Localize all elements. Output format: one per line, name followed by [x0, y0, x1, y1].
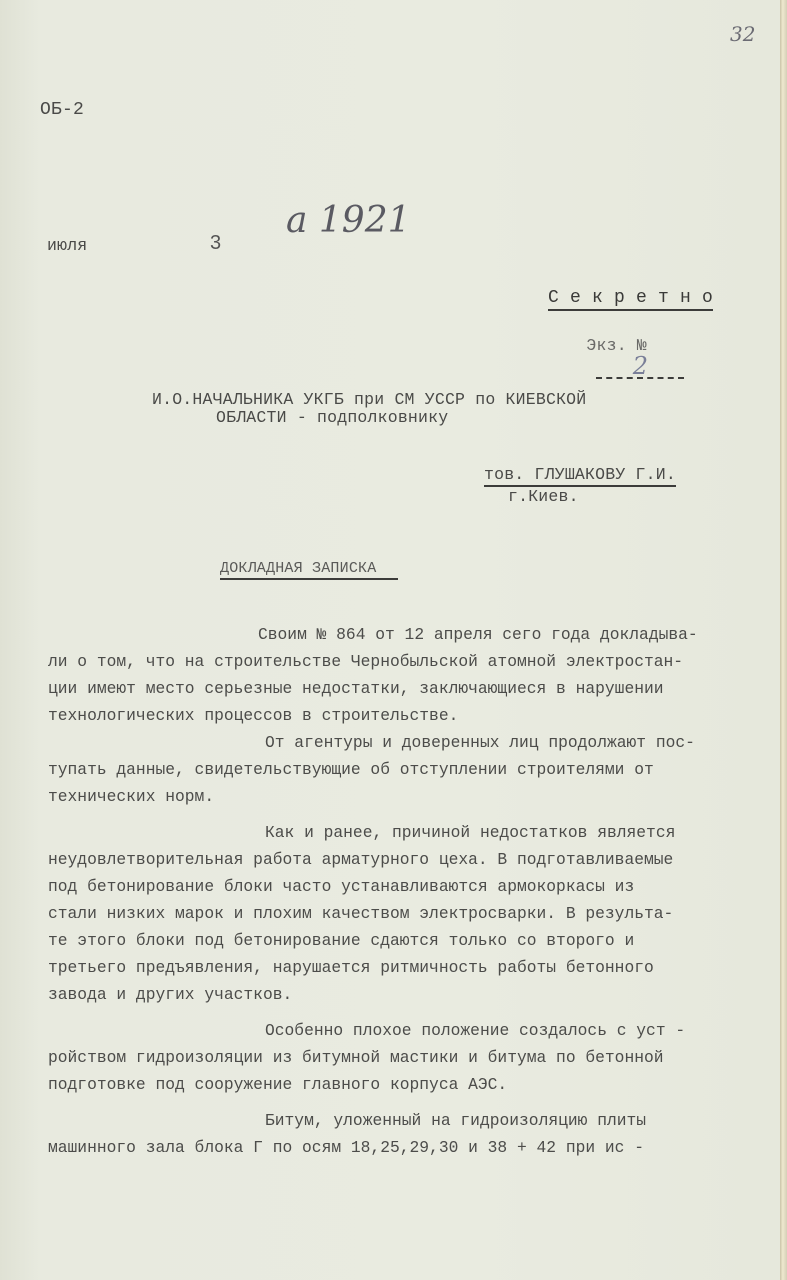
body-line: тупать данные, свидетельствующие об отст…: [48, 760, 654, 779]
body-line: ройством гидроизоляции из битумной масти…: [48, 1048, 664, 1067]
addressee-city: г.Киев.: [508, 487, 579, 506]
body-line: Особенно плохое положение создалось с ус…: [265, 1021, 685, 1040]
copy-number-line: Экз. № 2: [548, 318, 684, 397]
addressee-line-2: ОБЛАСТИ - подполковнику: [216, 408, 448, 427]
body-line: неудовлетворительная работа арматурного …: [48, 850, 673, 869]
department-code: ОБ-2: [40, 100, 84, 120]
body-line: Своим № 864 от 12 апреля сего года докла…: [258, 625, 698, 644]
body-line: стали низких марок и плохим качеством эл…: [48, 904, 673, 923]
body-line: Как и ранее, причиной недостатков являет…: [265, 823, 675, 842]
copy-number: 2: [596, 355, 684, 379]
addressee-line-1: И.О.НАЧАЛЬНИКА УКГБ при СМ УССР по КИЕВС…: [152, 390, 586, 409]
body-line: третьего предъявления, нарушается ритмич…: [48, 958, 654, 977]
body-line: подготовке под сооружение главного корпу…: [48, 1075, 507, 1094]
handwritten-registration-number: а 1921: [286, 200, 411, 241]
body-line: От агентуры и доверенных лиц продолжают …: [265, 733, 695, 752]
addressee-name: тов. ГЛУШАКОВУ Г.И.: [484, 465, 676, 487]
document-title: ДОКЛАДНАЯ ЗАПИСКА: [220, 560, 398, 580]
classification-secret: С е к р е т н о: [548, 288, 713, 311]
body-line: ции имеют место серьезные недостатки, за…: [48, 679, 664, 698]
document-page: 32 ОБ-2 июля 3 а 1921 С е к р е т н о Эк…: [0, 0, 780, 1280]
body-line: те этого блоки под бетонирование сдаются…: [48, 931, 634, 950]
date-day: 3: [210, 232, 221, 255]
body-line: технических норм.: [48, 787, 214, 806]
body-line: завода и других участков.: [48, 985, 292, 1004]
body-line: технологических процессов в строительств…: [48, 706, 458, 725]
body-line: под бетонирование блоки часто устанавлив…: [48, 877, 634, 896]
body-line: машинного зала блока Г по осям 18,25,29,…: [48, 1138, 644, 1157]
body-line: Битум, уложенный на гидроизоляцию плиты: [265, 1111, 646, 1130]
archive-page-number: 32: [730, 22, 755, 46]
date-month: июля: [47, 236, 87, 255]
body-line: ли о том, что на строительстве Чернобыль…: [48, 652, 683, 671]
page-edge: [780, 0, 787, 1280]
